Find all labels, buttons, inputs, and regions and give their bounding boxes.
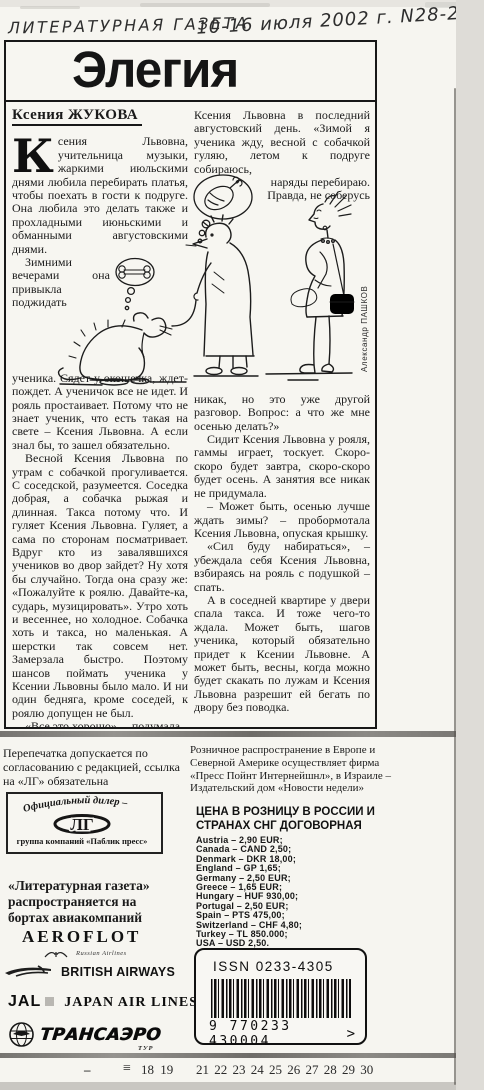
section-divider <box>0 731 457 737</box>
article-headline: Элегия <box>72 42 366 97</box>
article-columns: Ксения ЖУКОВА Ксения Львовна, учительниц… <box>6 102 375 729</box>
dropcap: К <box>12 137 54 175</box>
airline-transaero: ТРАНСАЭРО <box>39 1025 162 1045</box>
price-list: Austria – 2,90 EUR; Canada – CAND 2,50; … <box>196 836 386 949</box>
issn-barcode-box: ISSN 0233-4305 9 770233 430004 > <box>194 948 367 1045</box>
dealer-arc-text: Официальный дилер – <box>22 795 129 815</box>
retail-distribution-notice: Розничное распространение в Европе и Сев… <box>190 744 398 795</box>
paragraph: Зимними вечерами она привыкла поджидать … <box>12 256 188 452</box>
airline-japan-air-lines: JAPAN AIR LINES <box>64 995 198 1011</box>
paragraph: «Сил буду набираться», – убеждала себя К… <box>194 540 370 594</box>
svg-text:Официальный дилер –: Официальный дилер – <box>22 795 129 815</box>
scan-smudge <box>140 3 270 7</box>
page-edge-line <box>454 88 456 1085</box>
paragraph: – Может быть, осенью лучше ждать зимы? –… <box>194 500 370 540</box>
reprint-notice: Перепечатка допускается по согласованию … <box>3 746 185 788</box>
airline-aeroflot: AEROFLOT <box>22 927 141 947</box>
aeroflot-wings-icon <box>44 948 68 959</box>
illustration-spacer <box>194 203 370 393</box>
dealer-subtitle: группа компаний «Паблик пресс» <box>17 836 148 846</box>
jal-logo: JAL <box>8 993 41 1011</box>
transaero-globe-icon <box>8 1021 35 1048</box>
paragraph: Весной Ксения Львовна по утрам с собачко… <box>12 452 188 720</box>
article-box: Элегия Ксения ЖУКОВА Ксения Львовна, учи… <box>4 40 377 729</box>
aeroflot-tagline: Russian Airlines <box>76 950 127 957</box>
issn-number: ISSN 0233-4305 <box>213 959 365 974</box>
pagination-strip: – ≡ 18 19 21 22 23 24 25 26 27 28 29 30 <box>0 1062 460 1082</box>
page-numbers-right: 21 22 23 24 25 26 27 28 29 30 <box>196 1062 373 1078</box>
scan-bottom-edge <box>0 1082 484 1090</box>
paragraph: Сидит Ксения Львовна у рояля, гаммы игра… <box>194 433 370 500</box>
distribution-notice: «Литературная газета» распространяется н… <box>8 878 180 926</box>
paragraph: никак, но это уже другой разговор. Вопро… <box>194 393 370 433</box>
column-left: Ксения ЖУКОВА Ксения Львовна, учительниц… <box>12 109 188 729</box>
paragraph: «Все это хорошо», – подумала <box>12 720 188 729</box>
barcode-arrow: > <box>347 1026 355 1042</box>
paragraph: Ксения Львовна, учительница музыки, жарк… <box>12 135 188 256</box>
paragraph: наряды перебираю. Правда, не соберусь <box>194 176 370 203</box>
transaero-sub-label: ТУР <box>138 1045 153 1052</box>
jal-crane-icon <box>45 997 54 1006</box>
page-numbers-left: 18 19 <box>141 1062 173 1078</box>
scan-smudge <box>20 6 80 9</box>
section-divider <box>0 1053 457 1058</box>
official-dealer-box: Официальный дилер – ЛГ группа компаний «… <box>6 792 163 854</box>
pagination-dash: – <box>84 1062 93 1078</box>
paragraph: А в соседней квартире у двери спала такс… <box>194 594 370 715</box>
collation-mark: ≡ <box>123 1061 131 1077</box>
headline-band: Элегия <box>6 42 375 102</box>
column-right: Ксения Львовна в последний августовский … <box>194 109 370 729</box>
barcode <box>211 979 351 1018</box>
price-heading: ЦЕНА В РОЗНИЦУ В РОССИИ И СТРАНАХ СНГ ДО… <box>196 806 401 833</box>
byline: Ксения ЖУКОВА <box>12 109 142 126</box>
dealer-logo-monogram: ЛГ <box>70 815 93 834</box>
barcode-digits: 9 770233 430004 <box>209 1019 347 1049</box>
scan-right-edge <box>456 0 484 1090</box>
airline-british-airways: BRITISH AIRWAYS <box>61 964 175 979</box>
paragraph: Ксения Львовна в последний августовский … <box>194 109 370 176</box>
british-airways-speedmark-icon <box>4 963 54 980</box>
